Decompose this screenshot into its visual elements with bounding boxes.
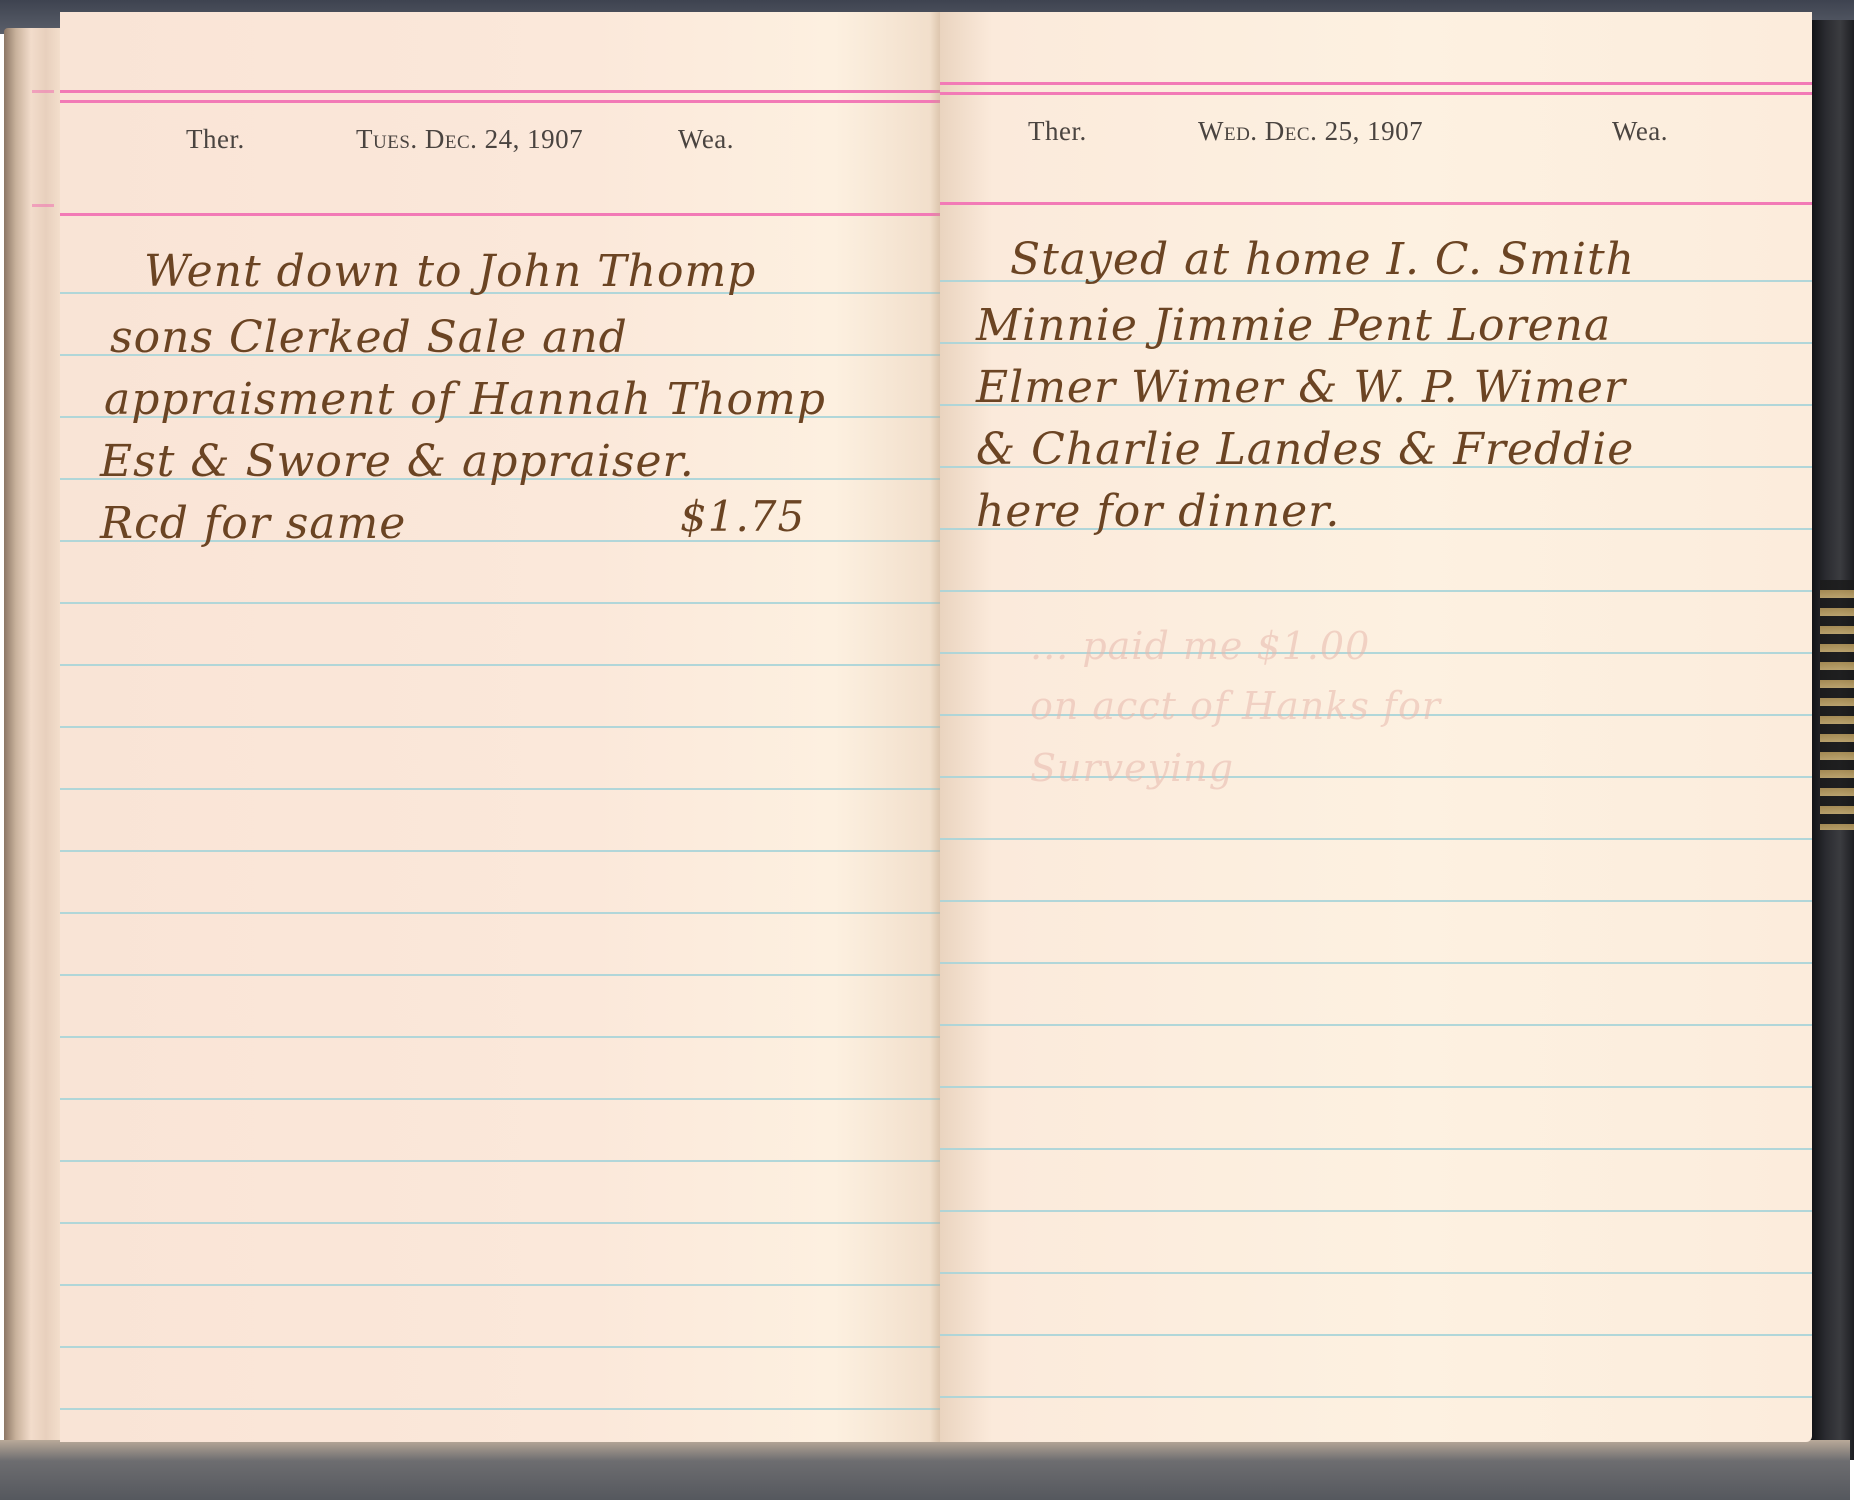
entry-date: Wed. Dec. 25, 1907 xyxy=(1198,116,1423,147)
entry-line-2: Minnie Jimmie Pent Lorena xyxy=(976,300,1611,351)
cover-gilt-lettering xyxy=(1820,580,1854,830)
entry-line-3: Elmer Wimer & W. P. Wimer xyxy=(976,362,1626,413)
header-double-rule-bottom xyxy=(60,100,940,103)
bleed-through-line-2: on acct of Hanks for xyxy=(1030,684,1441,728)
ruled-line xyxy=(940,590,1812,592)
ruled-line xyxy=(60,1098,940,1100)
ruled-line xyxy=(940,900,1812,902)
background-bottom xyxy=(0,1440,1850,1500)
header-underline-rule xyxy=(60,213,940,216)
ruled-line xyxy=(60,1160,940,1162)
page-header: Ther. Tues. Dec. 24, 1907 Wea. xyxy=(60,124,940,172)
ruled-line xyxy=(940,1024,1812,1026)
ruled-line xyxy=(940,1396,1812,1398)
thermometer-label: Ther. xyxy=(186,124,245,155)
ruled-line xyxy=(60,1222,940,1224)
ruled-line xyxy=(940,838,1812,840)
edge-pink-mark xyxy=(32,204,54,207)
header-underline-rule xyxy=(940,202,1812,205)
ruled-line xyxy=(60,974,940,976)
entry-line-5: here for dinner. xyxy=(976,486,1340,537)
ruled-line xyxy=(60,1346,940,1348)
ruled-line xyxy=(60,788,940,790)
ruled-line xyxy=(60,912,940,914)
entry-line-3: appraisment of Hannah Thomp xyxy=(104,374,826,425)
ruled-line xyxy=(940,1086,1812,1088)
entry-line-4: Est & Swore & appraiser. xyxy=(100,436,695,487)
entry-line-1: Went down to John Thomp xyxy=(144,246,756,297)
entry-amount: $1.75 xyxy=(680,492,805,541)
bleed-through-line-1: ... paid me $1.00 xyxy=(1030,624,1370,668)
bleed-through-line-3: Surveying xyxy=(1030,746,1234,790)
ruled-line xyxy=(60,1408,940,1410)
ruled-line xyxy=(940,962,1812,964)
entry-line-1: Stayed at home I. C. Smith xyxy=(1010,234,1635,285)
entry-line-4: & Charlie Landes & Freddie xyxy=(976,424,1634,475)
header-double-rule-bottom xyxy=(940,92,1812,95)
thermometer-label: Ther. xyxy=(1028,116,1087,147)
entry-line-5: Rcd for same xyxy=(100,498,406,549)
header-double-rule-top xyxy=(940,82,1812,85)
entry-line-2: sons Clerked Sale and xyxy=(110,312,628,363)
ruled-line xyxy=(940,1334,1812,1336)
edge-pink-mark xyxy=(32,90,54,93)
ruled-line xyxy=(940,1272,1812,1274)
weather-label: Wea. xyxy=(1612,116,1668,147)
weather-label: Wea. xyxy=(678,124,734,155)
ruled-line xyxy=(60,1036,940,1038)
page-edges-stack xyxy=(4,28,64,1448)
header-double-rule-top xyxy=(60,90,940,93)
ruled-line xyxy=(60,1284,940,1286)
diary-page-right: Ther. Wed. Dec. 25, 1907 Wea. ... paid m… xyxy=(940,12,1812,1442)
ruled-line xyxy=(940,1210,1812,1212)
entry-date: Tues. Dec. 24, 1907 xyxy=(356,124,583,155)
ruled-line xyxy=(60,664,940,666)
ruled-line xyxy=(60,726,940,728)
diary-page-left: Ther. Tues. Dec. 24, 1907 Wea. Went down… xyxy=(60,12,940,1442)
ruled-line xyxy=(60,602,940,604)
ruled-line xyxy=(940,1148,1812,1150)
page-header: Ther. Wed. Dec. 25, 1907 Wea. xyxy=(940,116,1812,164)
ruled-line xyxy=(60,850,940,852)
